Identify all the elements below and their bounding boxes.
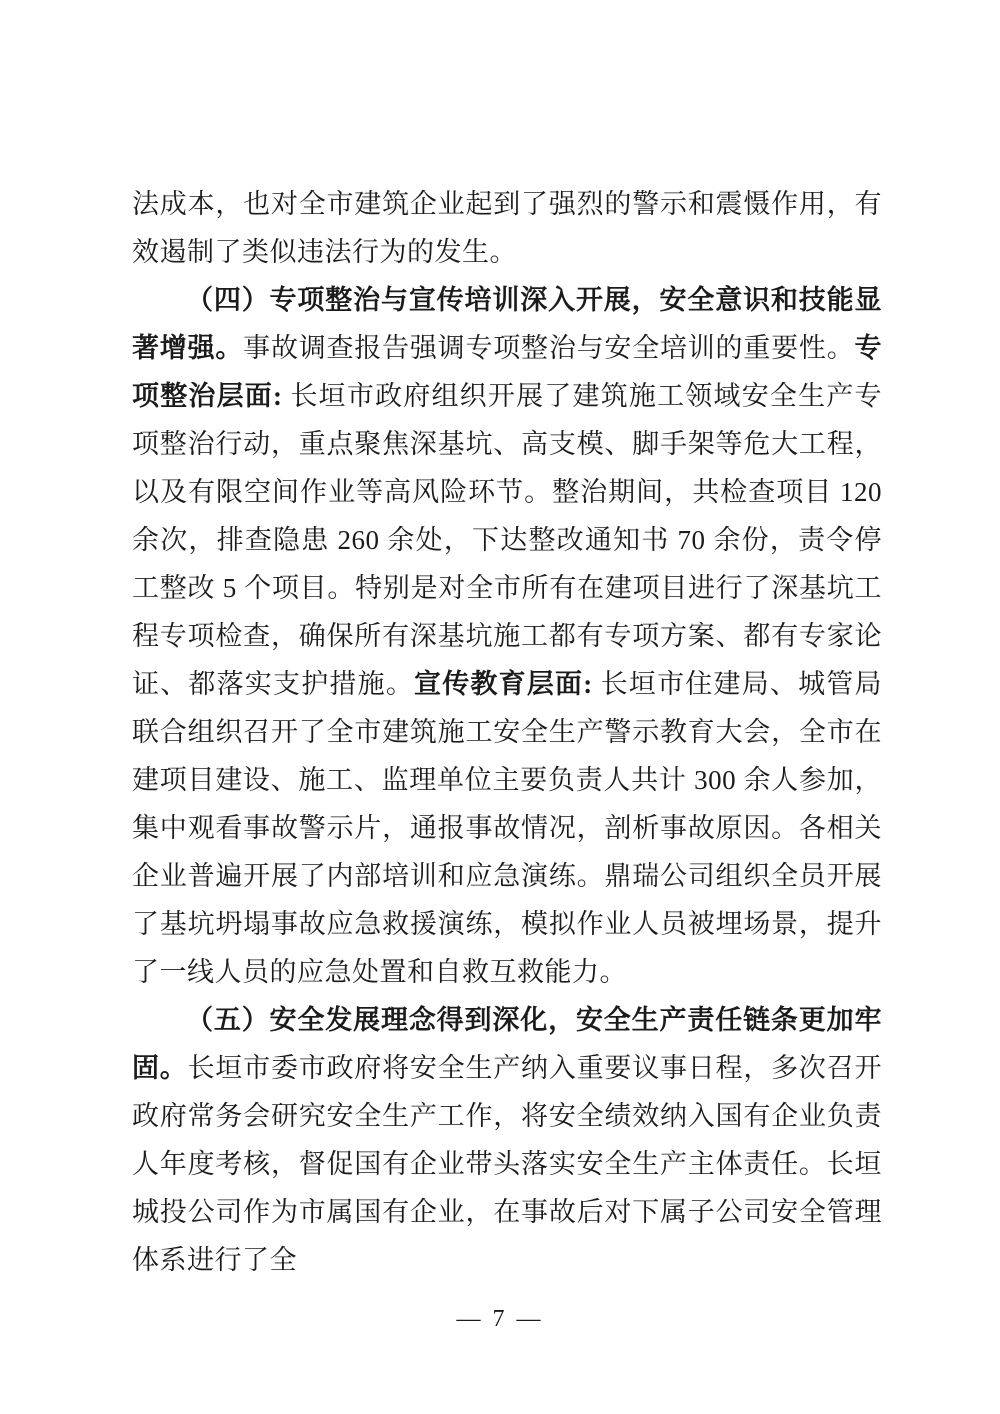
paragraph-section-five: （五）安全发展理念得到深化，安全生产责任链条更加牢固。长垣市委市政府将安全生产纳… xyxy=(132,996,882,1284)
paragraph-section-four: （四）专项整治与宣传培训深入开展，安全意识和技能显著增强。事故调查报告强调专项整… xyxy=(132,276,882,996)
document-page: 法成本，也对全市建筑企业起到了强烈的警示和震慑作用，有效遏制了类似违法行为的发生… xyxy=(0,0,1000,1414)
body-text: 事故调查报告强调专项整治与安全培训的重要性。 xyxy=(243,333,854,363)
paragraph-continued: 法成本，也对全市建筑企业起到了强烈的警示和震慑作用，有效遏制了类似违法行为的发生… xyxy=(132,180,882,276)
page-number: — 7 — xyxy=(0,1306,1000,1333)
body-text: 长垣市政府组织开展了建筑施工领域安全生产专项整治行动，重点聚焦深基坑、高支模、脚… xyxy=(132,381,889,699)
label-publicity-education: 宣传教育层面: xyxy=(414,669,593,699)
document-body: 法成本，也对全市建筑企业起到了强烈的警示和震慑作用，有效遏制了类似违法行为的发生… xyxy=(132,180,882,1284)
body-text: 法成本，也对全市建筑企业起到了强烈的警示和震慑作用，有效遏制了类似违法行为的发生… xyxy=(132,189,882,267)
body-text: 长垣市委市政府将安全生产纳入重要议事日程，多次召开政府常务会研究安全生产工作，将… xyxy=(132,1053,882,1275)
body-text: 长垣市住建局、城管局联合组织召开了全市建筑施工安全生产警示教育大会，全市在建项目… xyxy=(132,669,882,987)
